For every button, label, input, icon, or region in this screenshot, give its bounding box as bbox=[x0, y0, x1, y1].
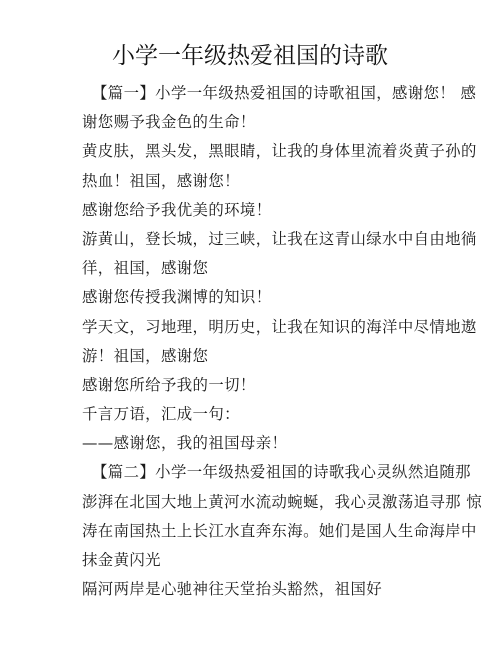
paragraph-line: 抹金黄闪光 bbox=[82, 546, 454, 575]
paragraph-line: ——感谢您，我的祖国母亲！ bbox=[82, 429, 454, 458]
paragraph-line: 涛在南国热土上长江水直奔东海。她们是国人生命海岸中 bbox=[82, 517, 454, 546]
paragraph-line: 游黄山，登长城，过三峡，让我在这青山绿水中自由地徜 bbox=[82, 225, 454, 254]
document-title: 小学一年级热爱祖国的诗歌 bbox=[0, 40, 500, 72]
paragraph-line: 感谢您传授我渊博的知识！ bbox=[82, 283, 454, 312]
paragraph-line: 黄皮肤，黑头发，黑眼睛，让我的身体里流着炎黄子孙的 bbox=[82, 137, 454, 166]
paragraph-line: 澎湃在北国大地上黄河水流动蜿蜒，我心灵激荡追寻那 惊 bbox=[82, 488, 454, 517]
paragraph-line: 学天文，习地理，明历史，让我在知识的海洋中尽情地遨 bbox=[82, 313, 454, 342]
paragraph-line: 徉，祖国，感谢您 bbox=[82, 254, 454, 283]
paragraph-line: 感谢您所给予我的一切！ bbox=[82, 371, 454, 400]
paragraph-line: 谢您赐予我金色的生命！ bbox=[82, 108, 454, 137]
document-page: 小学一年级热爱祖国的诗歌 【篇一】小学一年级热爱祖国的诗歌祖国，感谢您！ 感 谢… bbox=[0, 0, 500, 670]
paragraph-line: 感谢您给予我优美的环境！ bbox=[82, 196, 454, 225]
paragraph-line: 隔河两岸是心驰神往天堂抬头豁然，祖国好 bbox=[82, 575, 454, 604]
paragraph-line: 千言万语，汇成一句： bbox=[82, 400, 454, 429]
document-body: 【篇一】小学一年级热爱祖国的诗歌祖国，感谢您！ 感 谢您赐予我金色的生命！ 黄皮… bbox=[82, 79, 454, 604]
paragraph-line: 热血！祖国，感谢您！ bbox=[82, 167, 454, 196]
paragraph-line-section-two-heading: 【篇二】小学一年级热爱祖国的诗歌我心灵纵然追随那 bbox=[82, 458, 454, 487]
paragraph-line: 游！祖国，感谢您 bbox=[82, 342, 454, 371]
paragraph-line-section-one-heading: 【篇一】小学一年级热爱祖国的诗歌祖国，感谢您！ 感 bbox=[82, 79, 454, 108]
